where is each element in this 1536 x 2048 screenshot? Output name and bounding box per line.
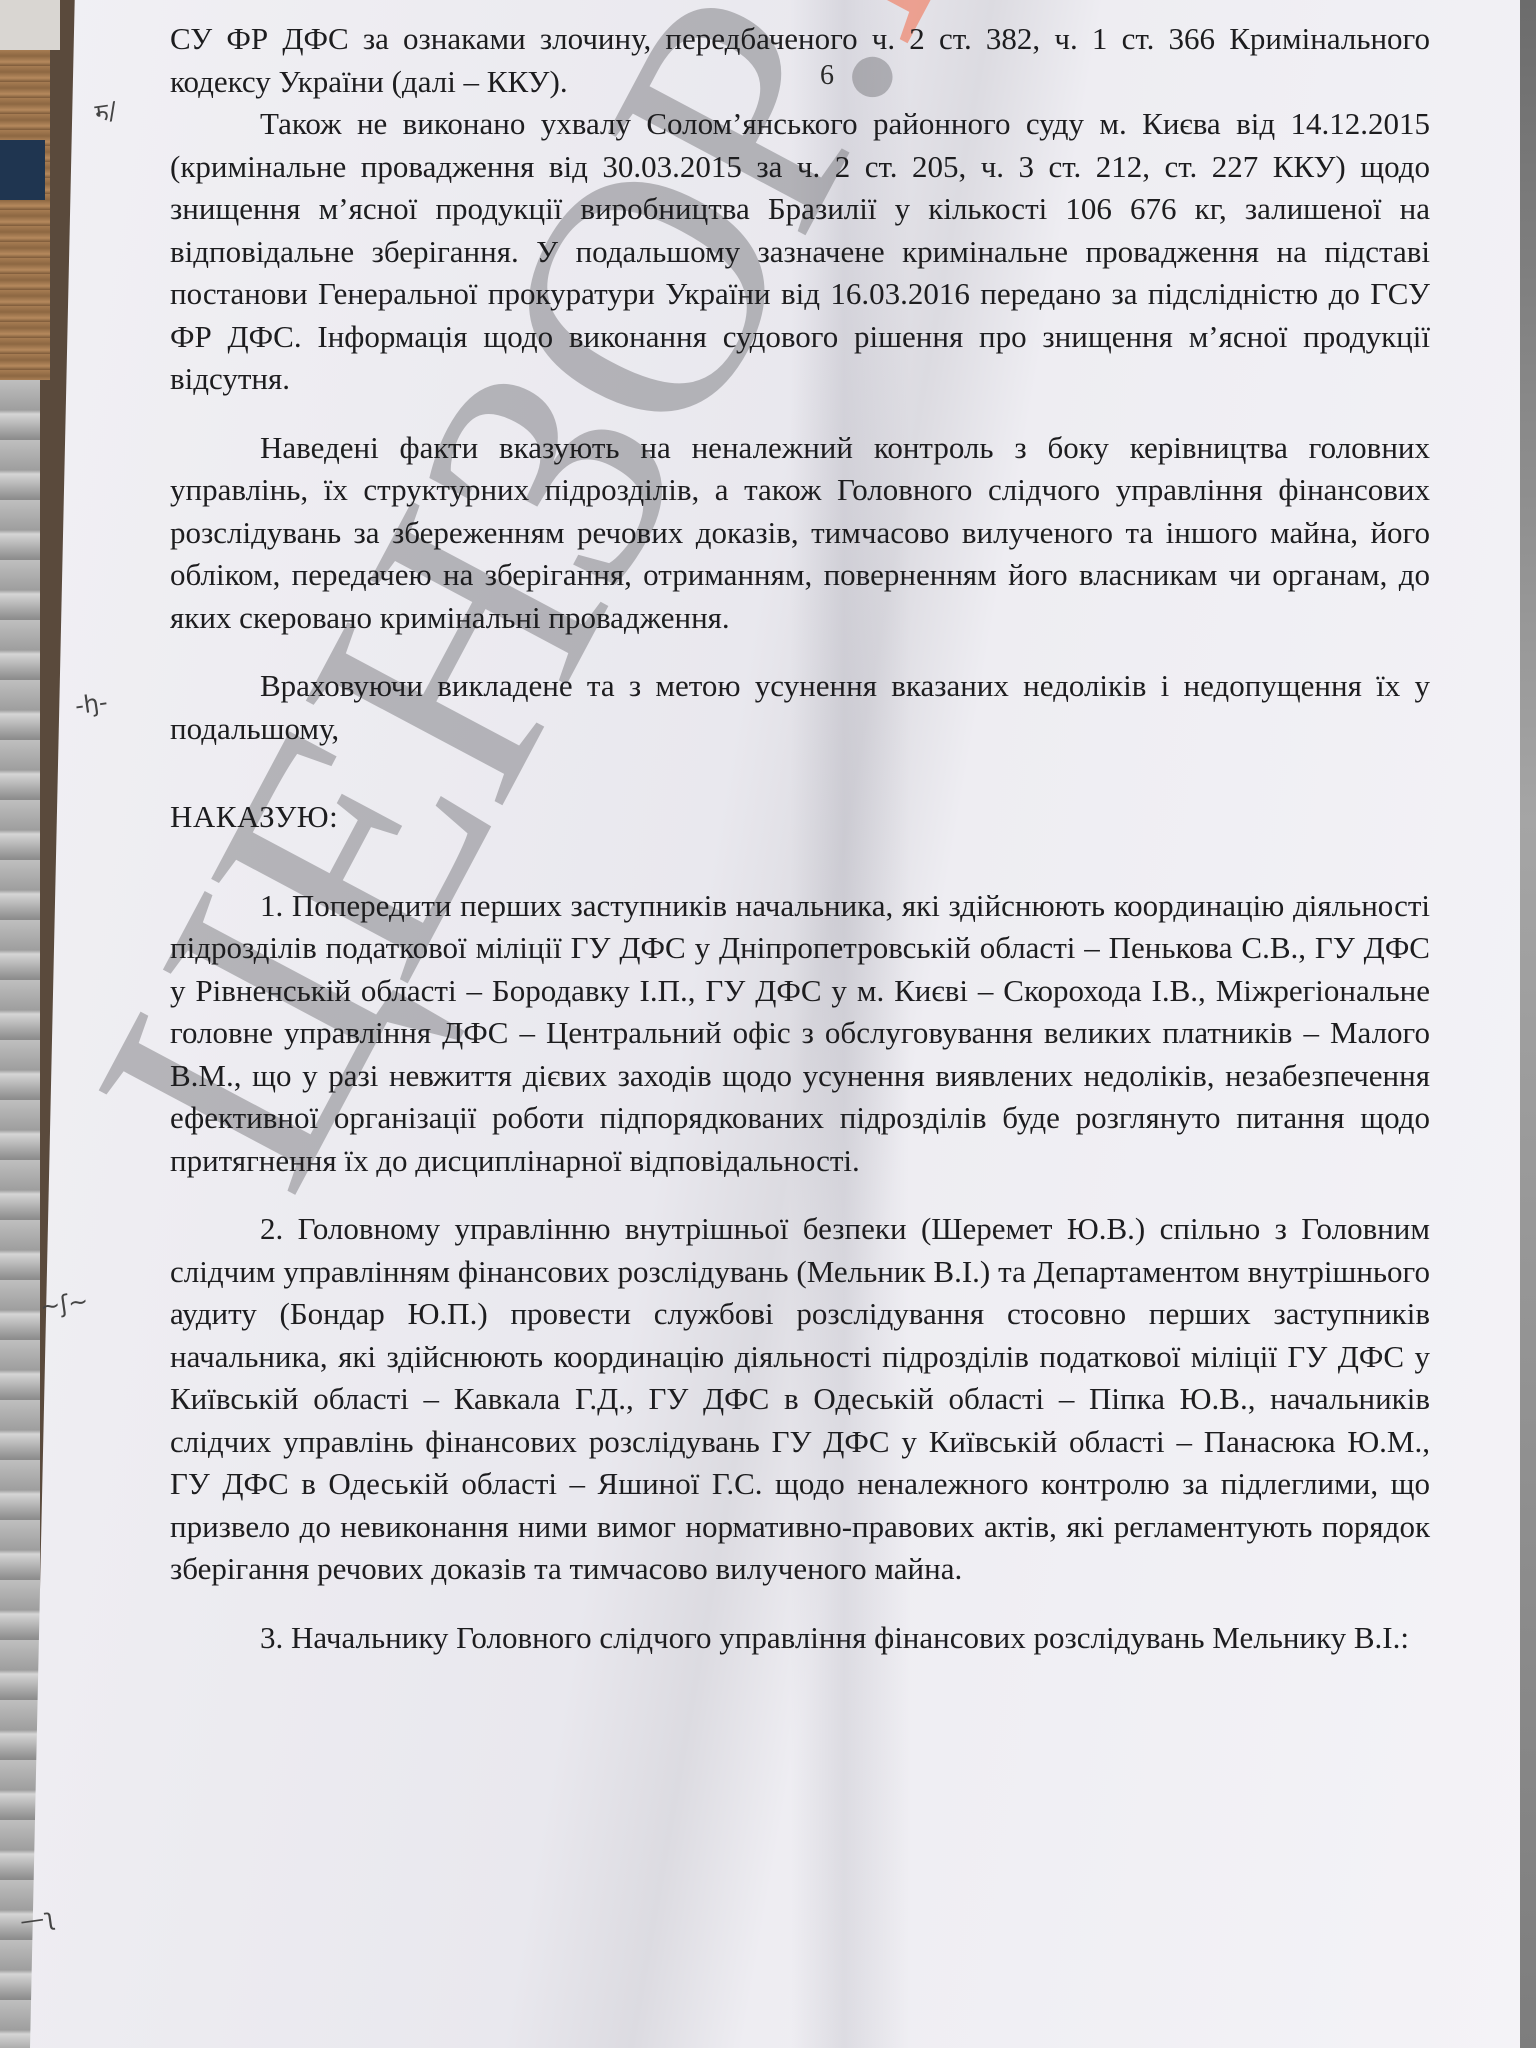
order-item-text: Головному управлінню внутрішньої безпеки… bbox=[170, 1211, 1430, 1586]
order-item-number: 3. bbox=[260, 1620, 283, 1655]
margin-handwritten-mark: -ꜧ- bbox=[73, 688, 109, 720]
background-desk bbox=[0, 50, 50, 380]
order-item-1: 1. Попередити перших заступників начальн… bbox=[170, 885, 1430, 1183]
paragraph-facts: Наведені факти вказують на неналежний ко… bbox=[170, 427, 1430, 640]
order-item-3: 3. Начальнику Головного слідчого управлі… bbox=[170, 1617, 1430, 1660]
order-heading: НАКАЗУЮ: bbox=[170, 796, 1430, 839]
paragraph-continuation: СУ ФР ДФС за ознаками злочину, передбаче… bbox=[170, 18, 1430, 103]
background-wall bbox=[0, 0, 60, 50]
document-body: СУ ФР ДФС за ознаками злочину, передбаче… bbox=[170, 18, 1430, 1659]
margin-handwritten-mark: ॸ/ bbox=[93, 94, 119, 130]
background-keyboard bbox=[0, 380, 40, 2048]
paragraph-court-ruling: Також не виконано ухвалу Солом’янського … bbox=[170, 103, 1430, 401]
margin-handwritten-mark: —ʅ bbox=[18, 1903, 57, 1936]
paragraph-considering: Враховуючи викладене та з метою усунення… bbox=[170, 665, 1430, 750]
order-item-text: Начальнику Головного слідчого управління… bbox=[291, 1620, 1409, 1655]
order-item-number: 1. bbox=[260, 888, 283, 923]
order-item-2: 2. Головному управлінню внутрішньої безп… bbox=[170, 1208, 1430, 1591]
order-item-text: Попередити перших заступників начальника… bbox=[170, 888, 1430, 1178]
order-item-number: 2. bbox=[260, 1211, 283, 1246]
background-object bbox=[0, 140, 45, 200]
